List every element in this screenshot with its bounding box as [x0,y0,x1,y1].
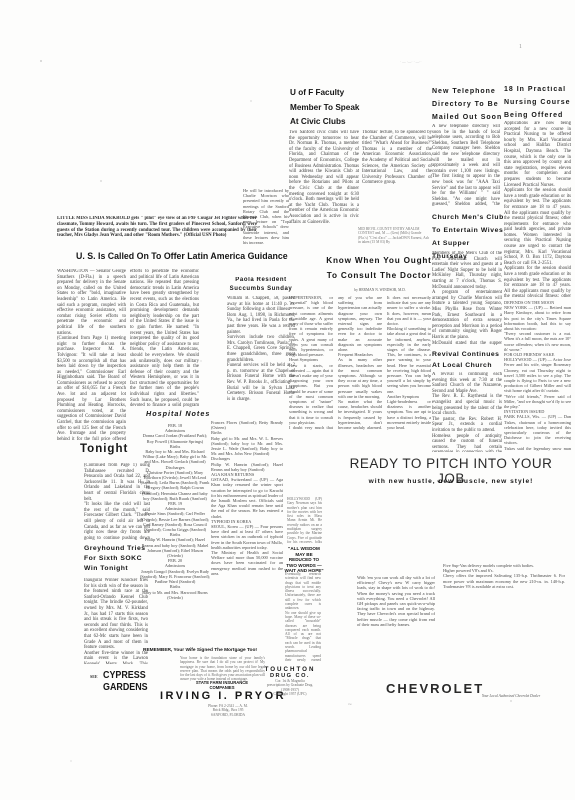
us-latin-col2: efforts to penetrate the economic and po… [130,269,199,407]
uf-body2: Thomas' lecture, to be sponsored by the … [362,130,432,224]
wire-briefs-col6: DEFENDS ON THE MOON NEW YORK — (UP) — Re… [504,300,571,452]
telephone-headline: New Telephone Directory To Be Mailed Out… [432,85,504,124]
paola-body: William B. Chappell, 58, passed away at … [227,296,295,404]
church-body: Members of the Men's Club of the First M… [432,251,502,346]
touchton-ad: TOUCHTON DRUG CO. Cor. 1st & Magnolia pr… [258,666,322,696]
doctor-byline: by HERMAN N. WINDSOR, M.D. [330,288,430,292]
cypress-gardens-ad: SEE CYPRESS GARDENS [90,670,156,693]
us-latin-col1: WASHINGTON — Senator George Smathers (D-… [57,269,126,441]
wisdom-body: Eventually, research scientists will fin… [285,572,321,662]
uf-headline: U of F Faculty Member To Speak At Civic … [290,86,364,130]
us-latin-headline: U. S. Is Called On To Offer Latin Americ… [76,251,294,261]
revival-headline: Revival Continues At Local Church [432,349,504,371]
cypress-see-label: SEE [90,674,98,679]
chevrolet-tagline: with new hustle, new muscle, new style! [340,478,562,485]
contest-fine-print: MID BEVIL COUNTY ENTRY ARALIM CONTEST an… [358,227,432,247]
chevrolet-copy-a: With 'em you can work all day with a lot… [357,575,435,659]
revival-body: A revival is continuing each evening thi… [432,372,502,452]
tonight-headline: Tonight [80,443,128,455]
touchton-line4: Copyright 1957 (UPC) [258,692,322,696]
cypress-line2: GARDENS [103,682,148,694]
chevrolet-tm-note: ™ [348,703,352,707]
wire-briefs-col3: Frances Flores (Sanford); Betty Brandy (… [211,420,283,650]
wisdom-quote: "ALL WISDOM MAY BE REDUCED TO TWO WORDS … [284,546,324,574]
touchton-name1: TOUCHTON [258,666,322,673]
page-number: 1 [519,44,522,50]
chevrolet-dealer-line: Your Local Authorized Chevrolet Dealer [482,694,574,698]
chevrolet-brand: CHEVROLET [386,681,484,696]
nursing-headline: 18 In Practical Nursing Course Being Off… [504,83,572,122]
doctor-body: HYPERTENSION, or "essential" high blood … [289,295,431,433]
doctor-headline: Know When You Ought To Consult The Docto… [322,253,436,283]
gary-brief: HOLLYWOOD (UP) Gary Newman says his moth… [287,497,322,543]
chevrolet-copy-b: Five Sup-Van delivery models complete wi… [443,563,565,639]
uf-body: Two Sanford civic clubs will have the op… [289,130,359,248]
nursing-body: Applications are now being accepted for … [504,121,571,297]
state-farm-label: STATE FARM INSURANCE COMPANIES [172,680,272,690]
irving-pryor-address: Phone: FA 2-2341 — A. M. Brick Bldg., Bo… [168,704,288,717]
hospital-notes-headline: Hospital Notes [146,409,210,418]
paola-headline: Paola Resident Succumbs Sunday [225,276,297,293]
scan-speckles [40,60,42,62]
uf-article-tail: He will be introduced by Charlie Morriso… [243,188,289,246]
telephone-body: A new telephone directory will soon be i… [432,124,500,208]
page-header-smudge: · — ·—· · —·· [400,60,480,64]
photo-caption: LITTLE MISS LINDA McKROLD gets " pilot" … [57,216,257,239]
hospital-notes-list: FEB. 18 Admissions Donna Carol Jordan (F… [139,423,211,643]
